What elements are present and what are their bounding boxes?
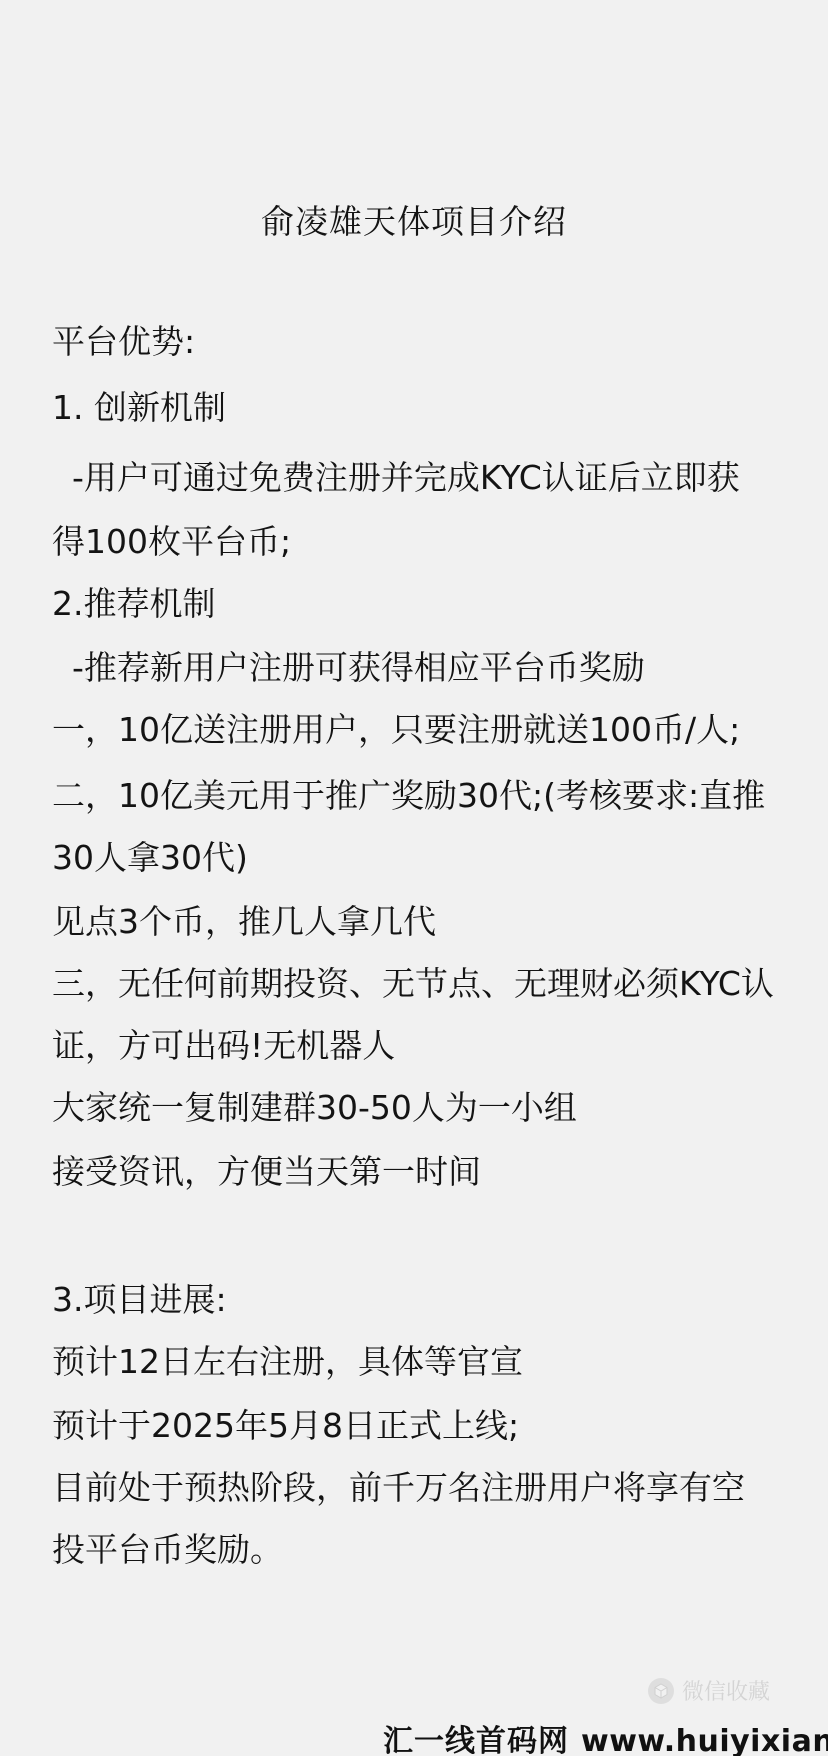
paragraph-line: 预计12日左右注册，具体等官宣 — [52, 1338, 523, 1386]
site-footer-watermark: 汇一线首码网www.huiyixian.com — [383, 1716, 828, 1756]
paragraph-line: -推荐新用户注册可获得相应平台币奖励 — [72, 644, 645, 692]
paragraph-line: 得100枚平台币; — [52, 518, 291, 566]
cube-icon — [648, 1678, 674, 1704]
paragraph-line: 证，方可出码!无机器人 — [52, 1022, 395, 1070]
subheading-innovation-mechanism: 1. 创新机制 — [52, 384, 226, 432]
paragraph-line: 三，无任何前期投资、无节点、无理财必须KYC认 — [52, 960, 774, 1008]
paragraph-line: 见点3个币，推几人拿几代 — [52, 898, 436, 946]
paragraph-line: -用户可通过免费注册并完成KYC认证后立即获 — [72, 454, 740, 502]
paragraph-line: 大家统一复制建群30-50人为一小组 — [52, 1084, 577, 1132]
footer-url: www.huiyixian.com — [581, 1724, 828, 1756]
paragraph-line: 接受资讯，方便当天第一时间 — [52, 1148, 481, 1196]
document-title: 俞凌雄天体项目介绍 — [0, 198, 828, 246]
watermark-text: 微信收藏 — [682, 1675, 770, 1706]
subheading-project-progress: 3.项目进展: — [52, 1276, 227, 1324]
paragraph-line: 预计于2025年5月8日正式上线; — [52, 1402, 519, 1450]
paragraph-line: 30人拿30代) — [52, 834, 248, 882]
subheading-referral-mechanism: 2.推荐机制 — [52, 580, 216, 628]
paragraph-line: 二，10亿美元用于推广奖励30代;(考核要求:直推 — [52, 772, 765, 820]
footer-site-name: 汇一线首码网 — [383, 1724, 569, 1756]
paragraph-line: 投平台币奖励。 — [52, 1526, 283, 1574]
paragraph-line: 目前处于预热阶段，前千万名注册用户将享有空 — [52, 1464, 745, 1512]
paragraph-line: 一，10亿送注册用户，只要注册就送100币/人; — [52, 706, 740, 754]
section-heading-platform-advantages: 平台优势: — [52, 318, 195, 366]
wechat-favorites-watermark: 微信收藏 — [648, 1675, 770, 1706]
